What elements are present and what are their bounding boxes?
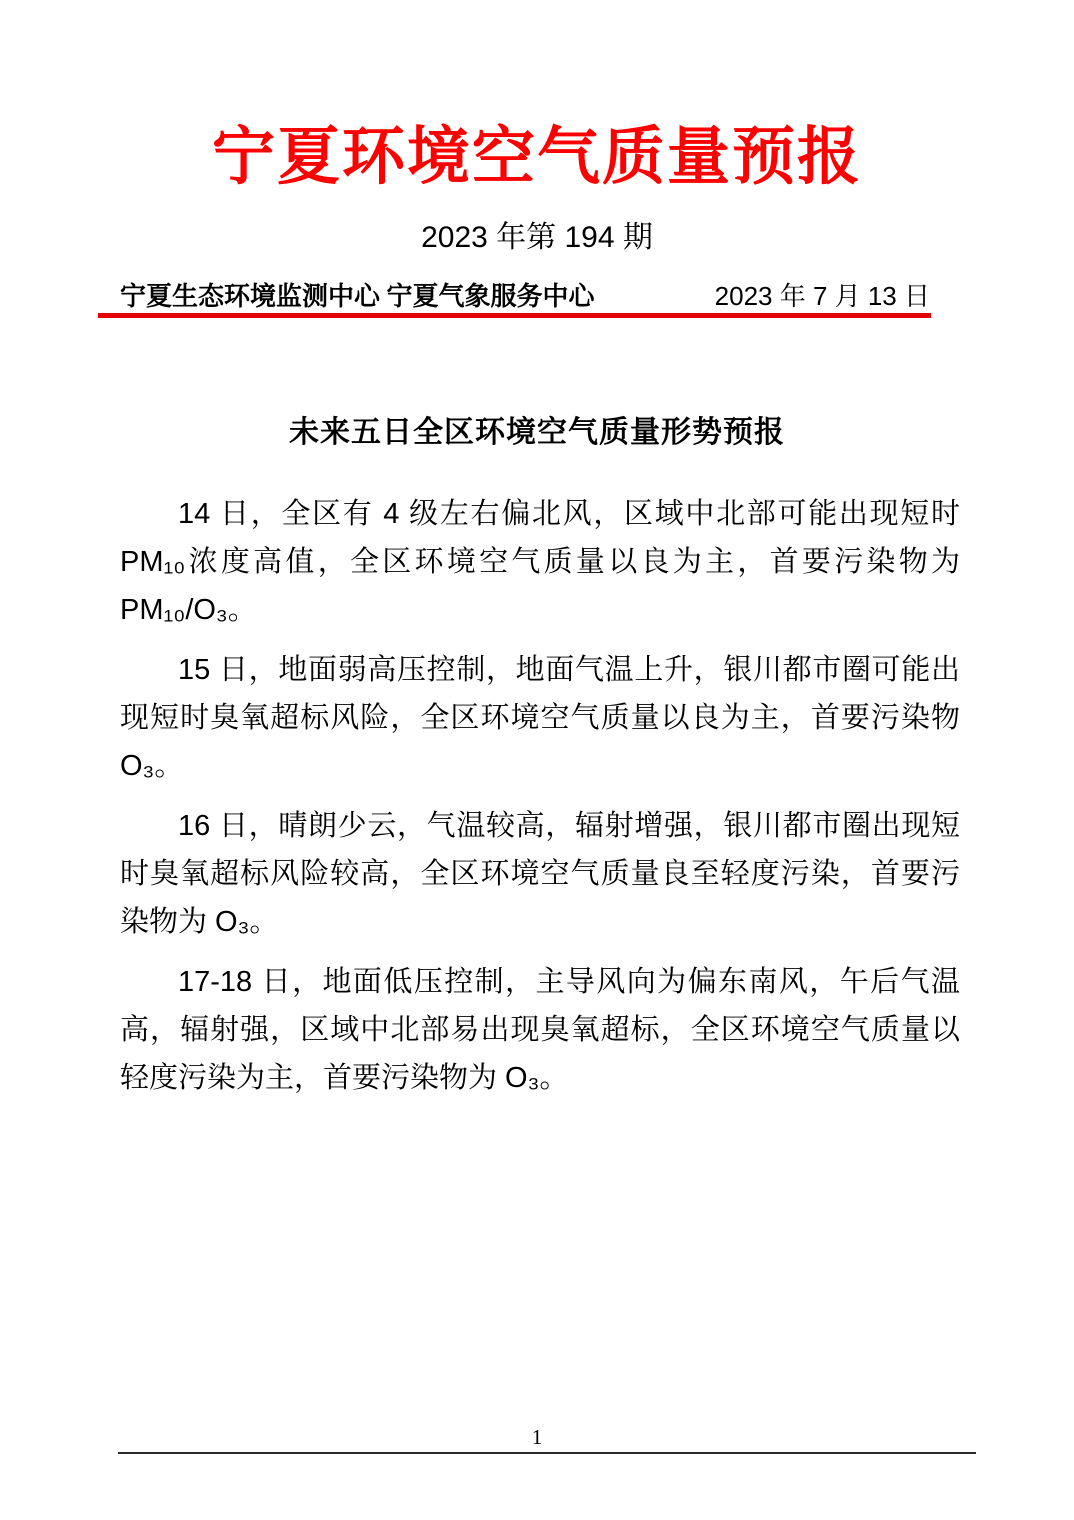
paragraph-day14: 14 日，全区有 4 级左右偏北风，区域中北部可能出现短时 PM₁₀浓度高值，全… bbox=[120, 490, 960, 634]
issuing-organizations: 宁夏生态环境监测中心 宁夏气象服务中心 bbox=[120, 281, 595, 313]
paragraph-day16: 16 日，晴朗少云，气温较高，辐射增强，银川都市圈出现短时臭氧超标风险较高，全区… bbox=[120, 802, 960, 946]
masthead-row: 宁夏生态环境监测中心 宁夏气象服务中心 2023 年 7 月 13 日 bbox=[120, 280, 930, 313]
paragraph-day15: 15 日，地面弱高压控制，地面气温上升，银川都市圈可能出现短时臭氧超标风险，全区… bbox=[120, 646, 960, 790]
document-title: 宁夏环境空气质量预报 bbox=[0, 118, 1074, 197]
section-title: 未来五日全区环境空气质量形势预报 bbox=[0, 412, 1074, 454]
issue-number: 2023 年第 194 期 bbox=[0, 219, 1074, 257]
paragraph-day17-18: 17-18 日，地面低压控制，主导风向为偏东南风，午后气温高，辐射强，区域中北部… bbox=[120, 958, 960, 1102]
issue-date: 2023 年 7 月 13 日 bbox=[715, 280, 930, 312]
document-page: 宁夏环境空气质量预报 2023 年第 194 期 宁夏生态环境监测中心 宁夏气象… bbox=[0, 0, 1074, 1520]
forecast-body: 14 日，全区有 4 级左右偏北风，区域中北部可能出现短时 PM₁₀浓度高值，全… bbox=[120, 490, 960, 1114]
page-number: 1 bbox=[0, 1424, 1074, 1450]
footer-rule bbox=[118, 1452, 976, 1454]
red-divider-rule bbox=[98, 313, 931, 318]
